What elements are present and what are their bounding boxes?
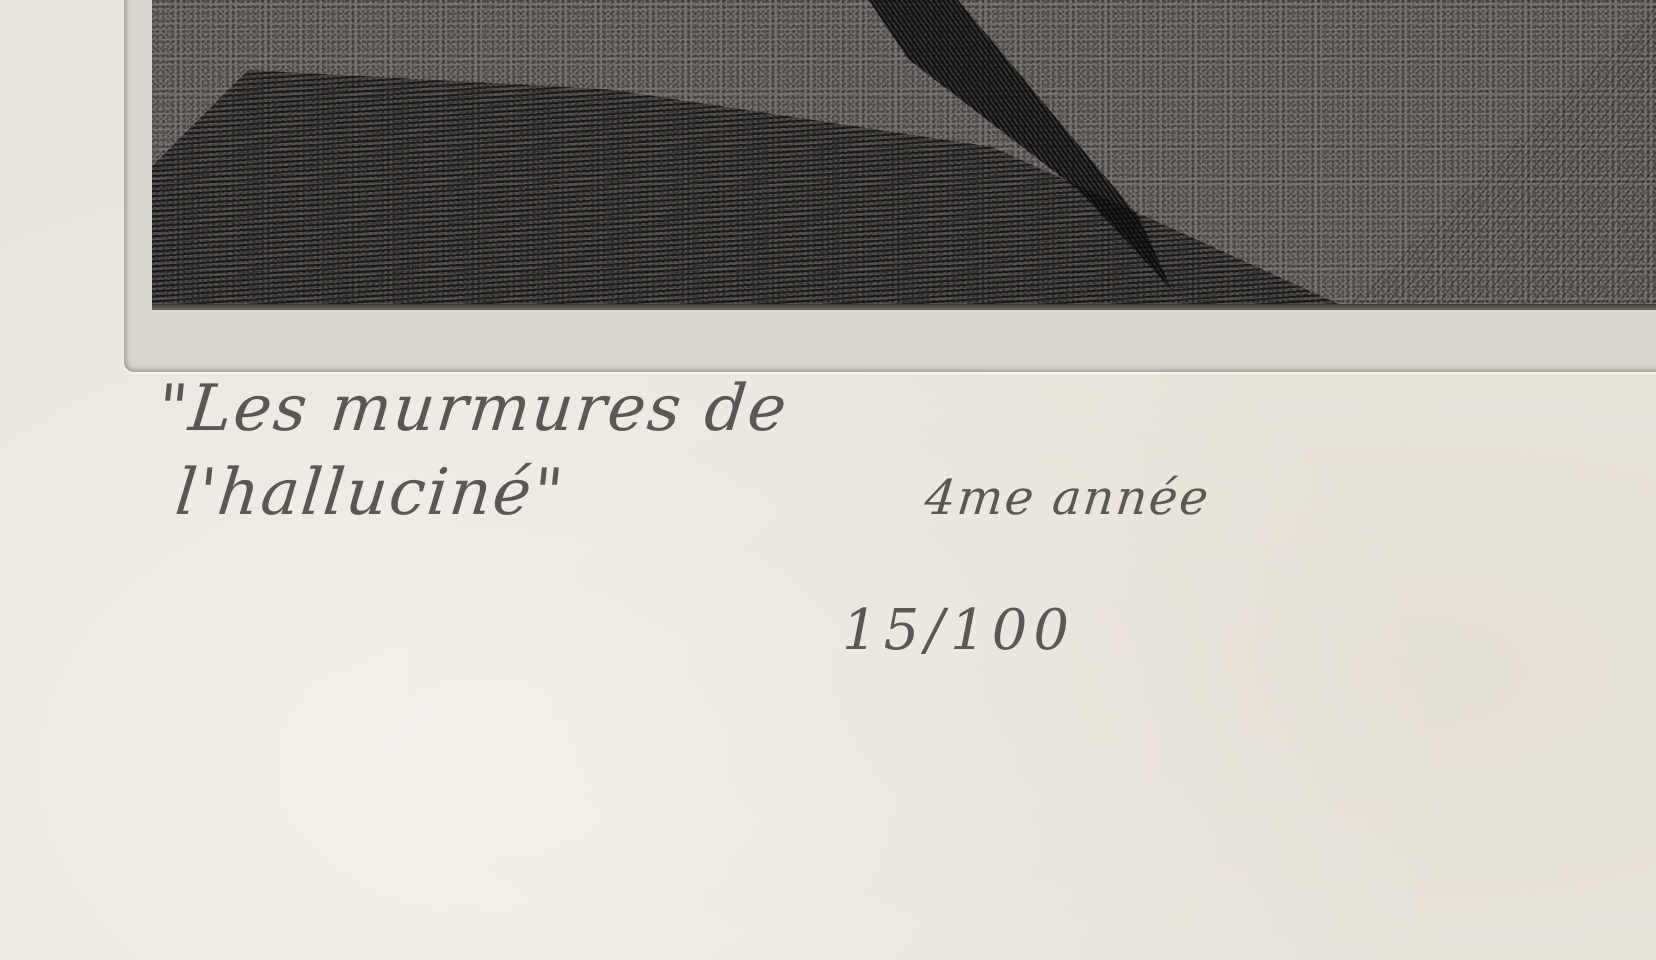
- image-bottom-border: [152, 304, 1656, 310]
- etched-image-area: [152, 0, 1656, 310]
- inscription-state-note: 4me année: [922, 470, 1213, 526]
- inscription-title-line-2: l'halluciné": [172, 456, 568, 530]
- inscription-title-line-1: "Les murmures de: [154, 372, 792, 446]
- edition-number: 15/100: [842, 598, 1075, 663]
